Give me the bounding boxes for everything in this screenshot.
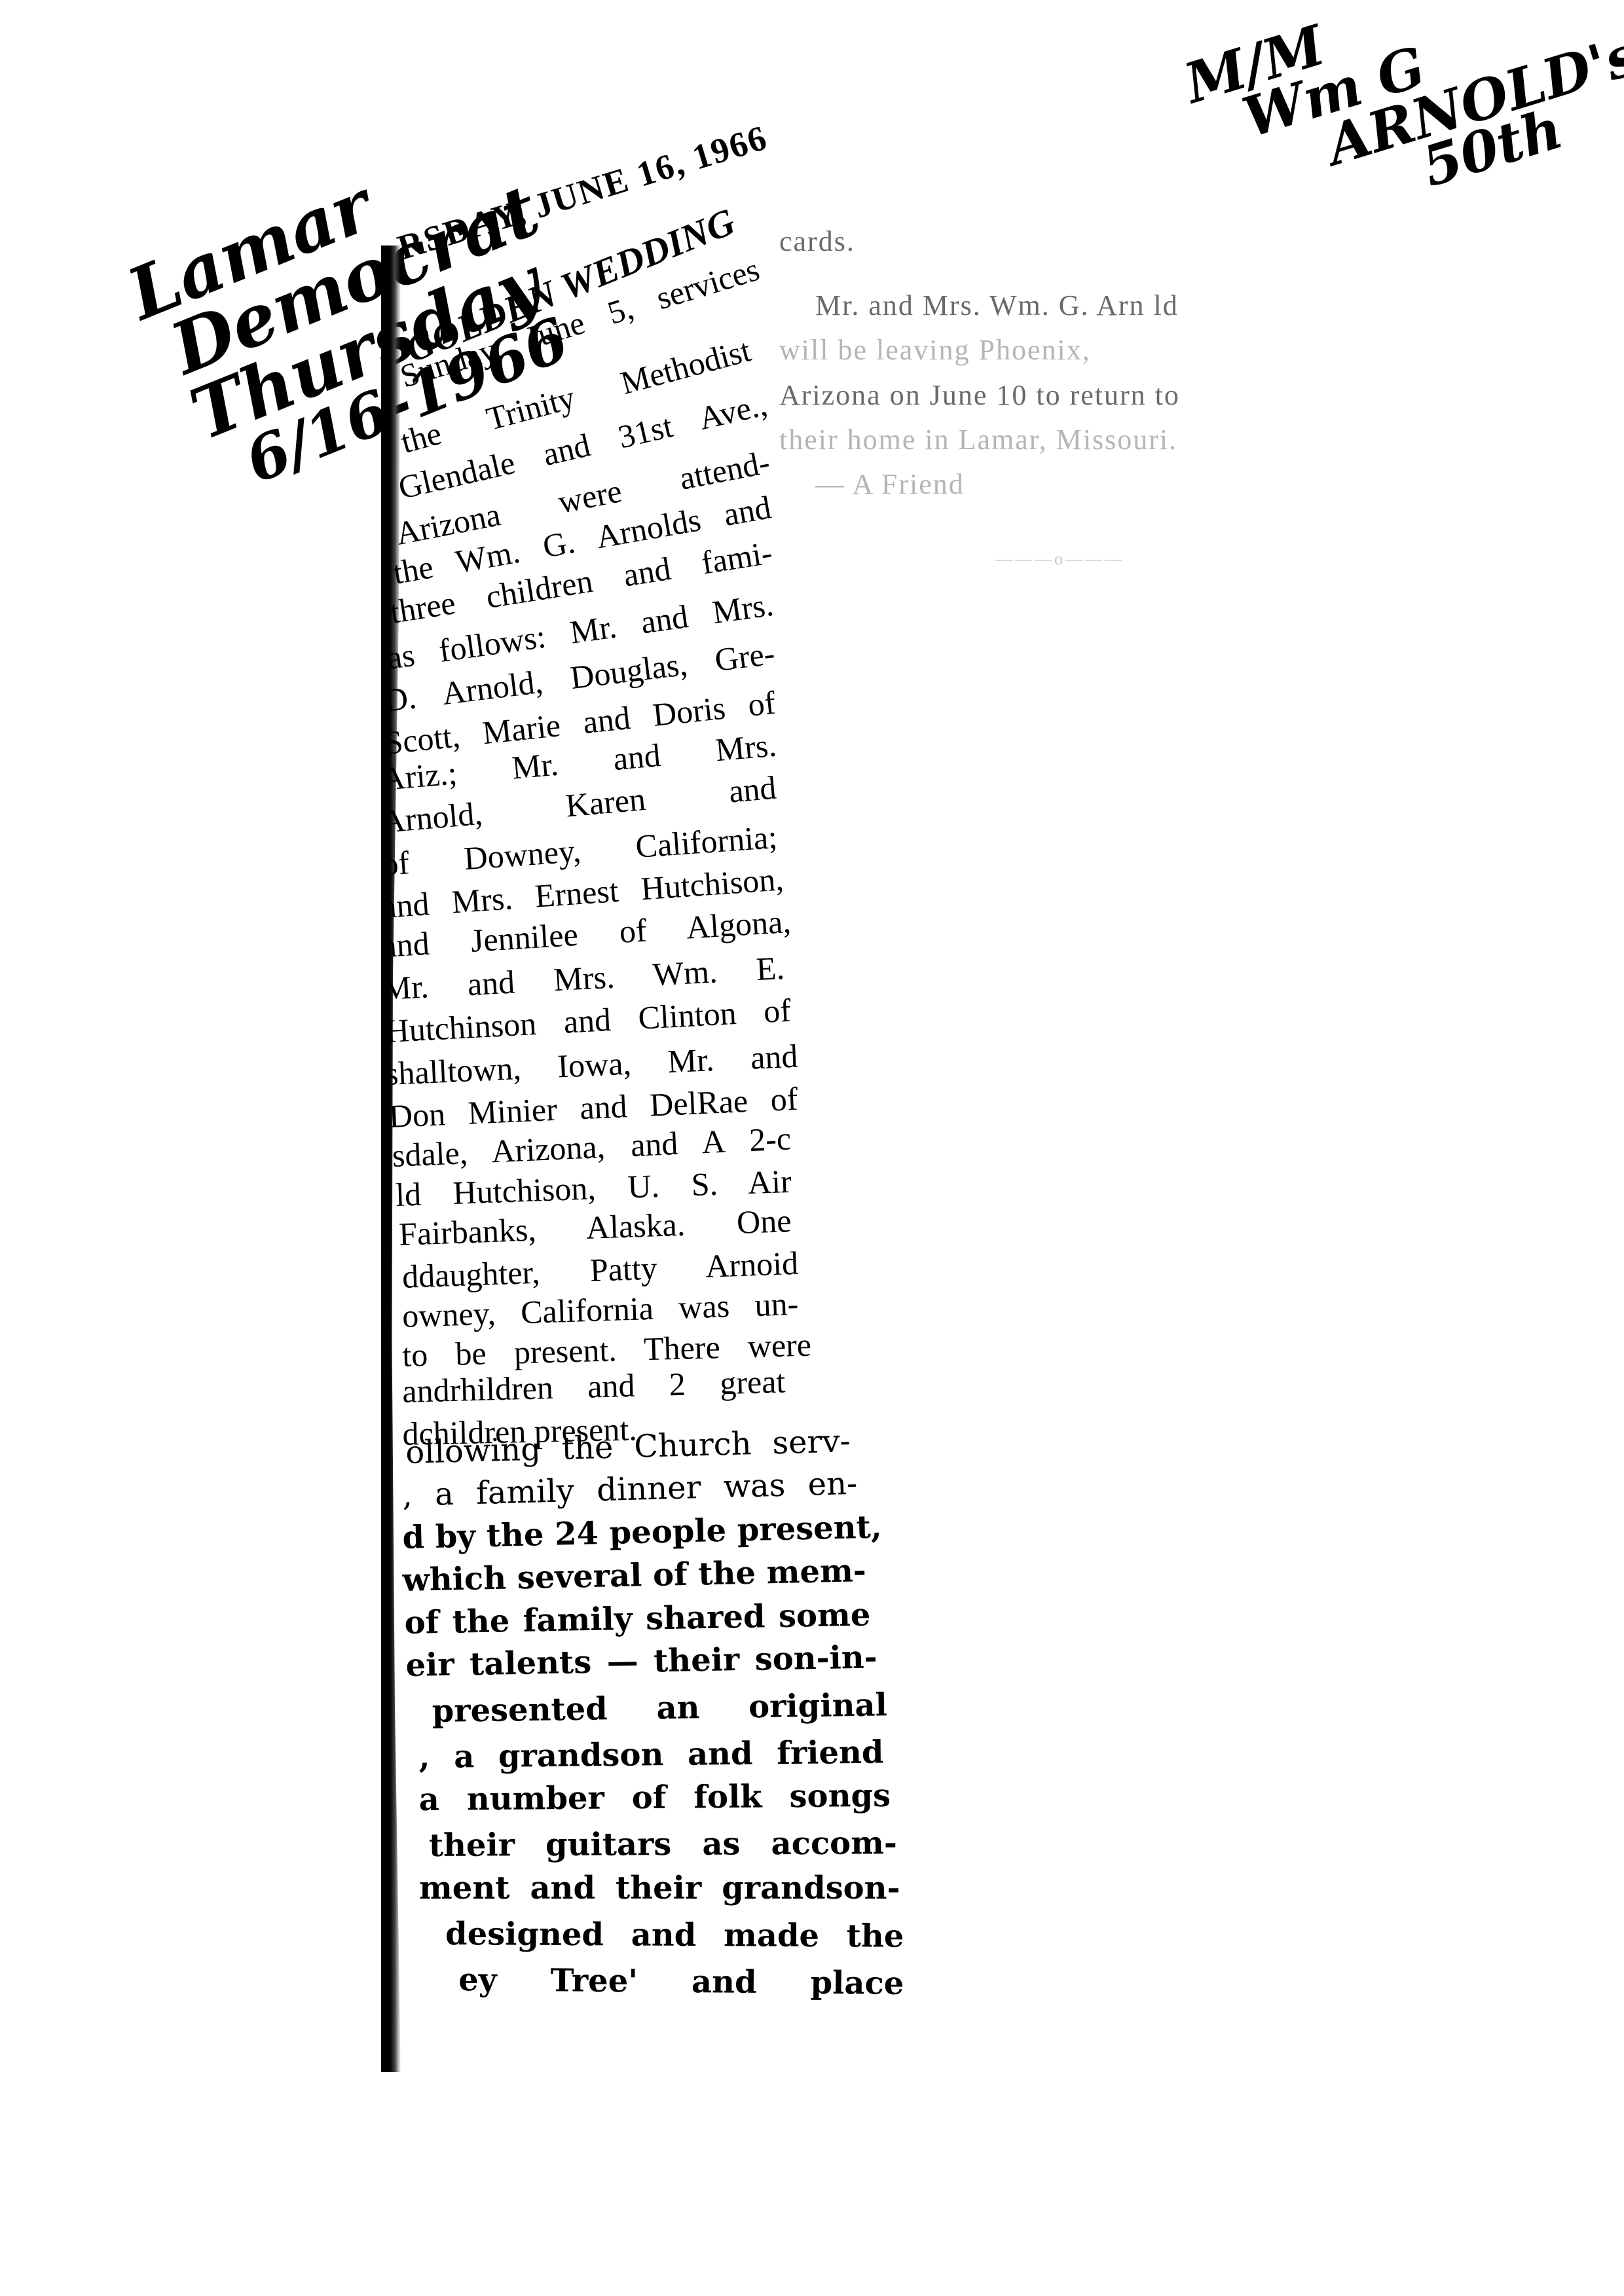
article-line: ddaughter, Patty Arnoid <box>401 1247 798 1293</box>
article-line: , a grandson and friend <box>418 1737 883 1773</box>
article-line: ment and their grandson- <box>419 1872 900 1904</box>
article-line: of the family shared some <box>404 1599 871 1639</box>
column-signature: — A Friend <box>779 462 1303 507</box>
column-line: Mr. and Mrs. Wm. G. Arn ld <box>779 283 1303 328</box>
article-line: , a family dinner was en- <box>402 1468 858 1511</box>
article-line: a number of folk songs <box>419 1780 891 1815</box>
article-line: their guitars as accom- <box>429 1827 897 1861</box>
article-line: ey Tree' and place <box>458 1964 904 1999</box>
article-line: owney, California was un- <box>401 1287 798 1332</box>
article-line: which several of the mem- <box>402 1555 866 1596</box>
column-line: Arizona on June 10 to return to <box>779 373 1303 418</box>
section-divider: ———o——— <box>995 546 1303 572</box>
column-line: their home in Lamar, Missouri. <box>779 418 1303 462</box>
column-line: will be leaving Phoenix, <box>779 328 1303 373</box>
article-line: presented an original <box>432 1689 887 1727</box>
article-line: andrhildren and 2 great <box>402 1365 786 1408</box>
article-line: d by the 24 people present, <box>402 1511 882 1554</box>
article-line: designed and made the <box>445 1918 904 1952</box>
second-column: cards. Mr. and Mrs. Wm. G. Arn ld will b… <box>779 219 1303 572</box>
column-fragment: cards. <box>779 219 1303 264</box>
article-line: eir talents — their son-in- <box>405 1641 877 1681</box>
